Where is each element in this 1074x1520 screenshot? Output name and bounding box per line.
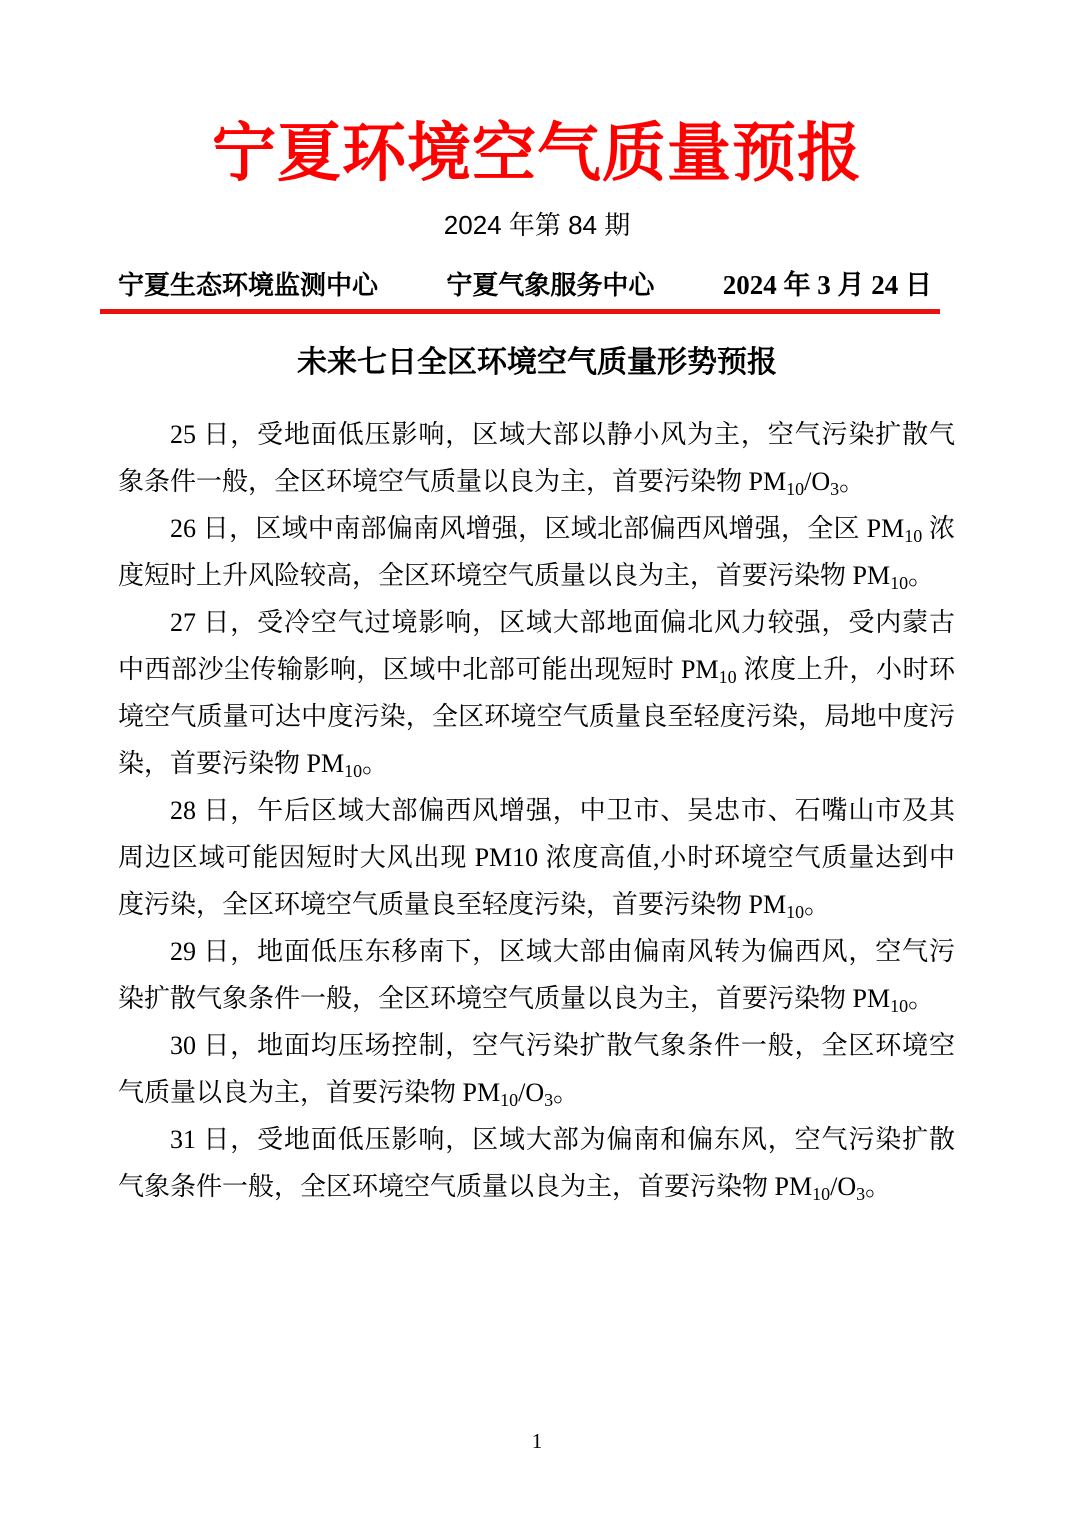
- forecast-paragraph-day-31: 31 日，受地面低压影响，区域大部为偏南和偏东风，空气污染扩散气象条件一般，全区…: [118, 1116, 955, 1210]
- pollutant-subscript: 3: [856, 1184, 865, 1204]
- org-monitoring-center: 宁夏生态环境监测中心: [118, 265, 378, 302]
- pollutant-subscript: 10: [344, 761, 362, 781]
- forecast-paragraph-day-27: 27 日，受冷空气过境影响，区域大部地面偏北风力较强，受内蒙古中西部沙尘传输影响…: [118, 599, 955, 787]
- pollutant-subscript: 10: [890, 573, 908, 593]
- pollutant-subscript: 10: [786, 902, 804, 922]
- page-number: 1: [0, 1429, 1074, 1454]
- pollutant-subscript: 10: [500, 1090, 518, 1110]
- forecast-paragraph-day-26: 26 日，区域中南部偏南风增强，区域北部偏西风增强，全区 PM10 浓度短时上升…: [118, 505, 955, 599]
- pollutant-subscript: 10: [890, 996, 908, 1016]
- pollutant-subscript: 10: [719, 667, 737, 687]
- masthead: 宁夏生态环境监测中心 宁夏气象服务中心 2024 年 3 月 24 日: [100, 263, 940, 302]
- doc-date: 2024 年 3 月 24 日: [723, 263, 932, 302]
- pollutant-subscript: 10: [904, 526, 922, 546]
- pollutant-subscript: 10: [786, 479, 804, 499]
- forecast-paragraph-day-29: 29 日，地面低压东移南下，区域大部由偏南风转为偏西风，空气污染扩散气象条件一般…: [118, 928, 955, 1022]
- forecast-paragraph-day-25: 25 日，受地面低压影响，区域大部以静小风为主，空气污染扩散气象条件一般，全区环…: [118, 411, 955, 505]
- pollutant-subscript: 10: [812, 1184, 830, 1204]
- forecast-paragraph-day-30: 30 日，地面均压场控制，空气污染扩散气象条件一般，全区环境空气质量以良为主，首…: [118, 1022, 955, 1116]
- forecast-paragraph-day-28: 28 日，午后区域大部偏西风增强，中卫市、吴忠市、石嘴山市及其周边区域可能因短时…: [118, 787, 955, 928]
- issue-number: 2024 年第 84 期: [0, 209, 1074, 242]
- doc-title: 宁夏环境空气质量预报: [0, 116, 1074, 193]
- pollutant-subscript: 3: [544, 1090, 553, 1110]
- pollutant-subscript: 3: [830, 479, 839, 499]
- document-page: 宁夏环境空气质量预报 2024 年第 84 期 宁夏生态环境监测中心 宁夏气象服…: [0, 0, 1074, 1520]
- forecast-paragraphs: 25 日，受地面低压影响，区域大部以静小风为主，空气污染扩散气象条件一般，全区环…: [0, 411, 1074, 1210]
- masthead-rule-wrap: 宁夏生态环境监测中心 宁夏气象服务中心 2024 年 3 月 24 日: [100, 263, 940, 314]
- org-meteorological-center: 宁夏气象服务中心: [446, 265, 654, 302]
- section-title: 未来七日全区环境空气质量形势预报: [0, 346, 1074, 381]
